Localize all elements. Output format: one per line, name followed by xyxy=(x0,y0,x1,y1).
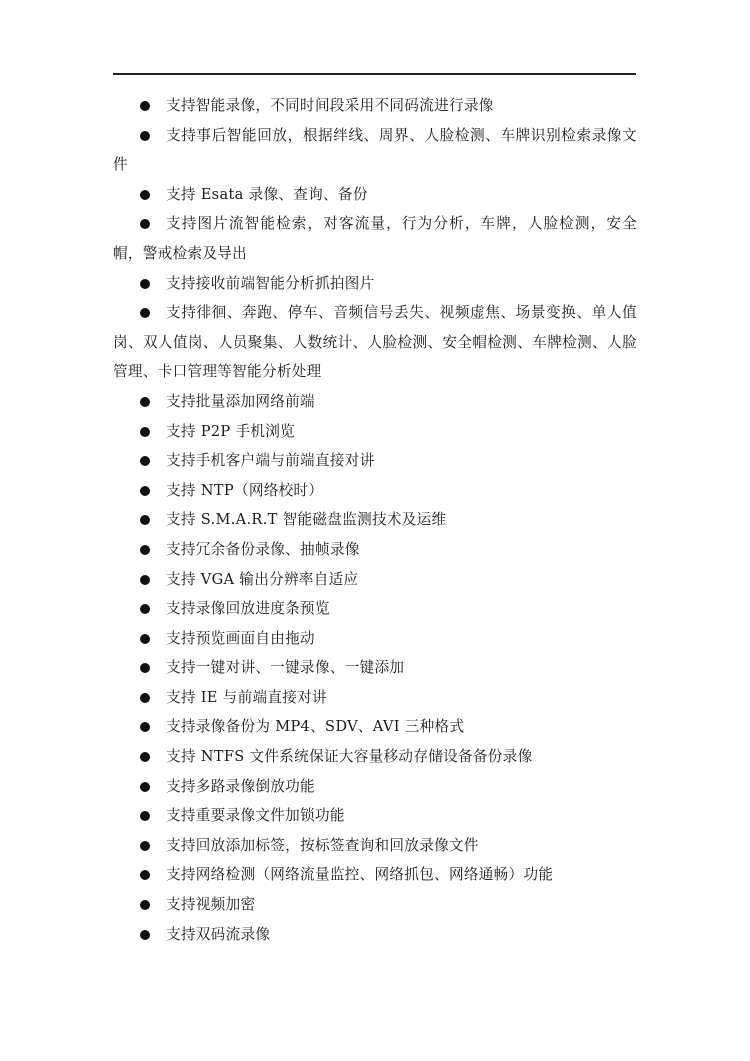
list-item: 支持 P2P 手机浏览 xyxy=(113,417,637,447)
list-item-text: 支持重要录像文件加锁功能 xyxy=(166,807,345,824)
bullet-icon xyxy=(140,575,150,585)
list-item-text: 支持预览画面自由拖动 xyxy=(166,630,315,647)
list-item: 支持 NTFS 文件系统保证大容量移动存储设备备份录像 xyxy=(113,742,637,772)
feature-list: 支持智能录像，不同时间段采用不同码流进行录像 支持事后智能回放，根据绊线、周界、… xyxy=(113,91,637,949)
list-item: 支持冗余备份录像、抽帧录像 xyxy=(113,535,637,565)
list-item-text: 支持 NTFS 文件系统保证大容量移动存储设备备份录像 xyxy=(166,748,532,765)
list-item: 支持录像备份为 MP4、SDV、AVI 三种格式 xyxy=(113,712,637,742)
list-item-text: 支持 S.M.A.R.T 智能磁盘监测技术及运维 xyxy=(166,511,446,528)
bullet-icon xyxy=(140,279,150,289)
bullet-icon xyxy=(140,782,150,792)
bullet-icon xyxy=(140,811,150,821)
bullet-icon xyxy=(140,663,150,673)
list-item-text: 支持 Esata 录像、查询、备份 xyxy=(166,186,368,203)
bullet-icon xyxy=(140,634,150,644)
bullet-icon xyxy=(140,456,150,466)
list-item-text: 支持录像备份为 MP4、SDV、AVI 三种格式 xyxy=(166,718,464,735)
bullet-icon xyxy=(140,219,150,229)
list-item-text: 支持批量添加网络前端 xyxy=(166,393,315,410)
bullet-icon xyxy=(140,604,150,614)
list-item: 支持 NTP（网络校时） xyxy=(113,476,637,506)
list-item: 支持徘徊、奔跑、停车、音频信号丢失、视频虚焦、场景变换、单人值岗、双人值岗、人员… xyxy=(113,298,637,387)
list-item: 支持 VGA 输出分辨率自适应 xyxy=(113,565,637,595)
list-item: 支持手机客户端与前端直接对讲 xyxy=(113,446,637,476)
list-item: 支持智能录像，不同时间段采用不同码流进行录像 xyxy=(113,91,637,121)
list-item-text: 支持双码流录像 xyxy=(166,926,270,943)
list-item-text: 支持视频加密 xyxy=(166,896,255,913)
bullet-icon xyxy=(140,308,150,318)
list-item: 支持重要录像文件加锁功能 xyxy=(113,801,637,831)
bullet-icon xyxy=(140,190,150,200)
bullet-icon xyxy=(140,427,150,437)
list-item-text: 支持一键对讲、一键录像、一键添加 xyxy=(166,659,404,676)
bullet-icon xyxy=(140,693,150,703)
header-rule xyxy=(113,73,636,75)
list-item: 支持接收前端智能分析抓拍图片 xyxy=(113,269,637,299)
bullet-icon xyxy=(140,752,150,762)
list-item: 支持多路录像倒放功能 xyxy=(113,772,637,802)
list-item: 支持一键对讲、一键录像、一键添加 xyxy=(113,653,637,683)
bullet-icon xyxy=(140,101,150,111)
list-item: 支持批量添加网络前端 xyxy=(113,387,637,417)
list-item: 支持双码流录像 xyxy=(113,920,637,950)
bullet-icon xyxy=(140,870,150,880)
list-item-text: 支持图片流智能检索，对客流量，行为分析，车牌，人脸检测，安全帽，警戒检索及导出 xyxy=(113,215,637,262)
list-item: 支持 S.M.A.R.T 智能磁盘监测技术及运维 xyxy=(113,505,637,535)
bullet-icon xyxy=(140,841,150,851)
list-item: 支持预览画面自由拖动 xyxy=(113,624,637,654)
list-item: 支持事后智能回放，根据绊线、周界、人脸检测、车牌识别检索录像文件 xyxy=(113,121,637,180)
bullet-icon xyxy=(140,486,150,496)
list-item-text: 支持冗余备份录像、抽帧录像 xyxy=(166,541,360,558)
bullet-icon xyxy=(140,930,150,940)
bullet-icon xyxy=(140,545,150,555)
list-item-text: 支持徘徊、奔跑、停车、音频信号丢失、视频虚焦、场景变换、单人值岗、双人值岗、人员… xyxy=(113,304,637,380)
list-item-text: 支持回放添加标签，按标签查询和回放录像文件 xyxy=(166,837,479,854)
bullet-icon xyxy=(140,397,150,407)
list-item: 支持 Esata 录像、查询、备份 xyxy=(113,180,637,210)
list-item-text: 支持智能录像，不同时间段采用不同码流进行录像 xyxy=(166,97,494,114)
list-item: 支持回放添加标签，按标签查询和回放录像文件 xyxy=(113,831,637,861)
bullet-icon xyxy=(140,722,150,732)
list-item-text: 支持网络检测（网络流量监控、网络抓包、网络通畅）功能 xyxy=(166,866,553,883)
list-item-text: 支持多路录像倒放功能 xyxy=(166,778,315,795)
list-item: 支持录像回放进度条预览 xyxy=(113,594,637,624)
list-item-text: 支持 NTP（网络校时） xyxy=(166,482,323,499)
bullet-icon xyxy=(140,515,150,525)
list-item-text: 支持事后智能回放，根据绊线、周界、人脸检测、车牌识别检索录像文件 xyxy=(113,127,637,174)
list-item: 支持 IE 与前端直接对讲 xyxy=(113,683,637,713)
list-item: 支持视频加密 xyxy=(113,890,637,920)
list-item-text: 支持录像回放进度条预览 xyxy=(166,600,330,617)
bullet-icon xyxy=(140,900,150,910)
list-item-text: 支持 IE 与前端直接对讲 xyxy=(166,689,327,706)
list-item-text: 支持 VGA 输出分辨率自适应 xyxy=(166,571,358,588)
bullet-icon xyxy=(140,131,150,141)
list-item-text: 支持手机客户端与前端直接对讲 xyxy=(166,452,375,469)
list-item-text: 支持 P2P 手机浏览 xyxy=(166,423,295,440)
list-item-text: 支持接收前端智能分析抓拍图片 xyxy=(166,275,375,292)
list-item: 支持图片流智能检索，对客流量，行为分析，车牌，人脸检测，安全帽，警戒检索及导出 xyxy=(113,209,637,268)
list-item: 支持网络检测（网络流量监控、网络抓包、网络通畅）功能 xyxy=(113,860,637,890)
